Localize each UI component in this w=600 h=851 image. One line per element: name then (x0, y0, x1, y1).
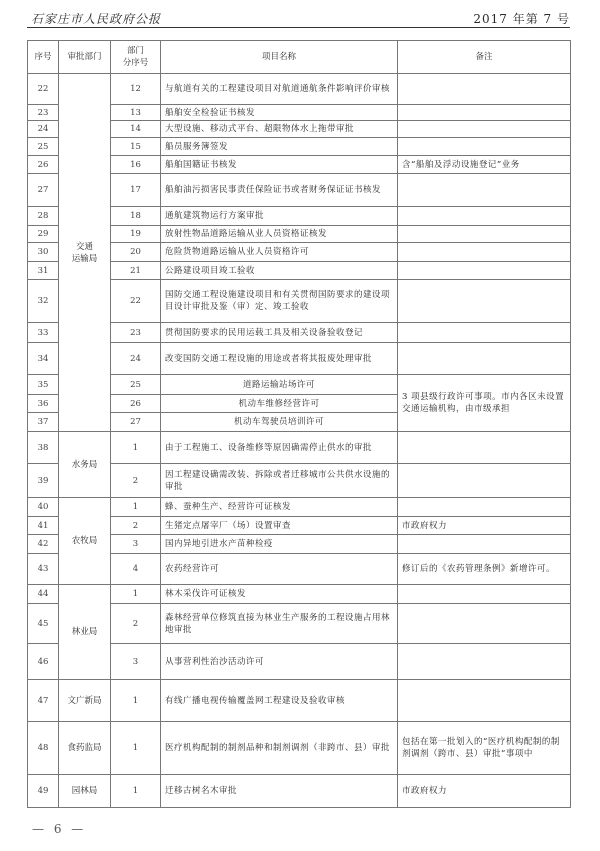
cell-no: 35 (28, 375, 59, 395)
cell-sub: 14 (111, 121, 161, 138)
cell-name: 通航建筑物运行方案审批 (161, 207, 398, 226)
cell-note (398, 323, 571, 343)
cell-note (398, 498, 571, 517)
cell-dept-yuanlin: 园林局 (59, 775, 111, 808)
col-header-sub-line2: 分序号 (123, 58, 149, 68)
cell-name: 有线广播电视传输覆盖网工程建设及验收审核 (161, 680, 398, 722)
cell-sub: 3 (111, 535, 161, 554)
cell-name: 改变国防交通工程设施的用途或者将其报废处理审批 (161, 343, 398, 375)
cell-note (398, 207, 571, 226)
cell-dept-shuiwu: 水务局 (59, 432, 111, 498)
cell-dept-linye: 林业局 (59, 585, 111, 680)
cell-name: 贯彻国防要求的民用运载工具及相关设备验收登记 (161, 323, 398, 343)
cell-name: 道路运输站场许可 (161, 375, 398, 395)
page-header: 石家庄市人民政府公报 2017 年第 7 号 (27, 6, 570, 28)
cell-no: 37 (28, 413, 59, 432)
table-row: 38 水务局 1 由于工程施工、设备维修等原因确需停止供水的审批 (28, 432, 571, 464)
cell-name: 蜂、蚕种生产、经营许可证核发 (161, 498, 398, 517)
cell-no: 48 (28, 722, 59, 775)
cell-no: 40 (28, 498, 59, 517)
col-header-dept: 审批部门 (59, 41, 111, 74)
cell-no: 30 (28, 243, 59, 262)
cell-note: 包括在第一批划入的“医疗机构配制的制剂调剂（跨市、县）审批”事项中 (398, 722, 571, 775)
cell-no: 34 (28, 343, 59, 375)
col-header-sub: 部门分序号 (111, 41, 161, 74)
cell-name: 船员服务簿签发 (161, 138, 398, 156)
cell-note: 市政府权力 (398, 517, 571, 535)
cell-dept-jiaotong: 交通运输局 (59, 74, 111, 432)
cell-no: 32 (28, 280, 59, 323)
cell-note (398, 535, 571, 554)
cell-name: 林木采伐许可证核发 (161, 585, 398, 604)
cell-dept-shiyao: 食药监局 (59, 722, 111, 775)
issue-number: 2017 年第 7 号 (473, 10, 570, 27)
dept-line1: 交通 (76, 242, 93, 252)
cell-note: 修订后的《农药管理条例》新增许可。 (398, 554, 571, 585)
cell-name: 放射性物品道路运输从业人员资格证核发 (161, 226, 398, 243)
cell-name: 国内异地引进水产苗种检疫 (161, 535, 398, 554)
cell-no: 44 (28, 585, 59, 604)
cell-sub: 2 (111, 464, 161, 498)
cell-sub: 24 (111, 343, 161, 375)
table-row: 47 文广新局 1 有线广播电视传输覆盖网工程建设及验收审核 (28, 680, 571, 722)
cell-name: 公路建设项目竣工验收 (161, 262, 398, 280)
cell-sub: 15 (111, 138, 161, 156)
col-header-note: 备注 (398, 41, 571, 74)
cell-sub: 13 (111, 105, 161, 121)
table-row: 40 农牧局 1 蜂、蚕种生产、经营许可证核发 (28, 498, 571, 517)
cell-sub: 2 (111, 604, 161, 644)
cell-sub: 17 (111, 174, 161, 207)
cell-note (398, 226, 571, 243)
cell-note (398, 74, 571, 105)
col-header-name: 项目名称 (161, 41, 398, 74)
cell-sub: 20 (111, 243, 161, 262)
table-row: 22 交通运输局 12 与航道有关的工程建设项目对航道通航条件影响评价审核 (28, 74, 571, 105)
cell-name: 机动车驾驶员培训许可 (161, 413, 398, 432)
cell-note (398, 262, 571, 280)
cell-sub: 25 (111, 375, 161, 395)
cell-no: 33 (28, 323, 59, 343)
cell-name: 生猪定点屠宰厂（场）设置审查 (161, 517, 398, 535)
cell-name: 迁移古树名木审批 (161, 775, 398, 808)
cell-sub: 3 (111, 644, 161, 680)
cell-name: 船舶油污损害民事责任保险证书或者财务保证证书核发 (161, 174, 398, 207)
cell-name: 森林经营单位修筑直接为林业生产服务的工程设施占用林地审批 (161, 604, 398, 644)
cell-dept-nongmu: 农牧局 (59, 498, 111, 585)
cell-name: 机动车维修经营许可 (161, 395, 398, 413)
cell-sub: 23 (111, 323, 161, 343)
cell-sub: 22 (111, 280, 161, 323)
cell-no: 45 (28, 604, 59, 644)
cell-no: 41 (28, 517, 59, 535)
cell-sub: 18 (111, 207, 161, 226)
cell-note (398, 464, 571, 498)
cell-sub: 21 (111, 262, 161, 280)
cell-note: 含“船舶及浮动设施登记”业务 (398, 156, 571, 174)
cell-no: 28 (28, 207, 59, 226)
cell-no: 24 (28, 121, 59, 138)
cell-sub: 4 (111, 554, 161, 585)
cell-name: 船舶安全检验证书核发 (161, 105, 398, 121)
cell-no: 36 (28, 395, 59, 413)
cell-sub: 16 (111, 156, 161, 174)
approval-items-table: 序号 审批部门 部门分序号 项目名称 备注 22 交通运输局 12 与航道有关的… (27, 40, 571, 808)
cell-name: 由于工程施工、设备维修等原因确需停止供水的审批 (161, 432, 398, 464)
gazette-title: 石家庄市人民政府公报 (31, 10, 161, 27)
cell-name: 医疗机构配制的制剂品种和制剂调剂（非跨市、县）审批 (161, 722, 398, 775)
cell-name: 船舶国籍证书核发 (161, 156, 398, 174)
cell-no: 47 (28, 680, 59, 722)
cell-note (398, 174, 571, 207)
cell-name: 因工程建设确需改装、拆除或者迁移城市公共供水设施的审批 (161, 464, 398, 498)
table-header-row: 序号 审批部门 部门分序号 项目名称 备注 (28, 41, 571, 74)
cell-note: 市政府权力 (398, 775, 571, 808)
cell-no: 38 (28, 432, 59, 464)
cell-no: 49 (28, 775, 59, 808)
cell-note (398, 105, 571, 121)
cell-note (398, 243, 571, 262)
cell-no: 29 (28, 226, 59, 243)
cell-name: 从事营利性治沙活动许可 (161, 644, 398, 680)
cell-note (398, 432, 571, 464)
cell-sub: 12 (111, 74, 161, 105)
cell-sub: 1 (111, 680, 161, 722)
table-row: 48 食药监局 1 医疗机构配制的制剂品种和制剂调剂（非跨市、县）审批 包括在第… (28, 722, 571, 775)
cell-sub: 1 (111, 498, 161, 517)
table-row: 49 园林局 1 迁移古树名木审批 市政府权力 (28, 775, 571, 808)
cell-no: 27 (28, 174, 59, 207)
cell-no: 39 (28, 464, 59, 498)
cell-dept-wenguang: 文广新局 (59, 680, 111, 722)
cell-note-shared: 3 项县级行政许可事项。市内各区未设置交通运输机构，由市级承担 (398, 375, 571, 432)
cell-note (398, 121, 571, 138)
cell-sub: 1 (111, 775, 161, 808)
dept-line2: 运输局 (72, 254, 98, 264)
cell-no: 42 (28, 535, 59, 554)
cell-no: 31 (28, 262, 59, 280)
cell-note (398, 343, 571, 375)
header-rule (27, 27, 570, 28)
cell-name: 国防交通工程设施建设项目和有关贯彻国防要求的建设项目设计审批及鉴（审）定、竣工验… (161, 280, 398, 323)
cell-sub: 1 (111, 432, 161, 464)
cell-note (398, 138, 571, 156)
cell-no: 25 (28, 138, 59, 156)
cell-note (398, 604, 571, 644)
cell-no: 22 (28, 74, 59, 105)
page-number: — 6 — (32, 822, 86, 836)
col-header-sub-line1: 部门 (127, 46, 144, 56)
cell-note (398, 680, 571, 722)
cell-no: 43 (28, 554, 59, 585)
cell-name: 与航道有关的工程建设项目对航道通航条件影响评价审核 (161, 74, 398, 105)
cell-name: 危险货物道路运输从业人员资格许可 (161, 243, 398, 262)
table-row: 44 林业局 1 林木采伐许可证核发 (28, 585, 571, 604)
col-header-no: 序号 (28, 41, 59, 74)
cell-sub: 1 (111, 585, 161, 604)
cell-note (398, 280, 571, 323)
cell-name: 大型设施、移动式平台、超限物体水上拖带审批 (161, 121, 398, 138)
cell-note (398, 585, 571, 604)
cell-sub: 19 (111, 226, 161, 243)
cell-name: 农药经营许可 (161, 554, 398, 585)
cell-sub: 2 (111, 517, 161, 535)
cell-sub: 27 (111, 413, 161, 432)
cell-note (398, 644, 571, 680)
cell-sub: 1 (111, 722, 161, 775)
cell-no: 46 (28, 644, 59, 680)
cell-no: 26 (28, 156, 59, 174)
cell-sub: 26 (111, 395, 161, 413)
cell-no: 23 (28, 105, 59, 121)
